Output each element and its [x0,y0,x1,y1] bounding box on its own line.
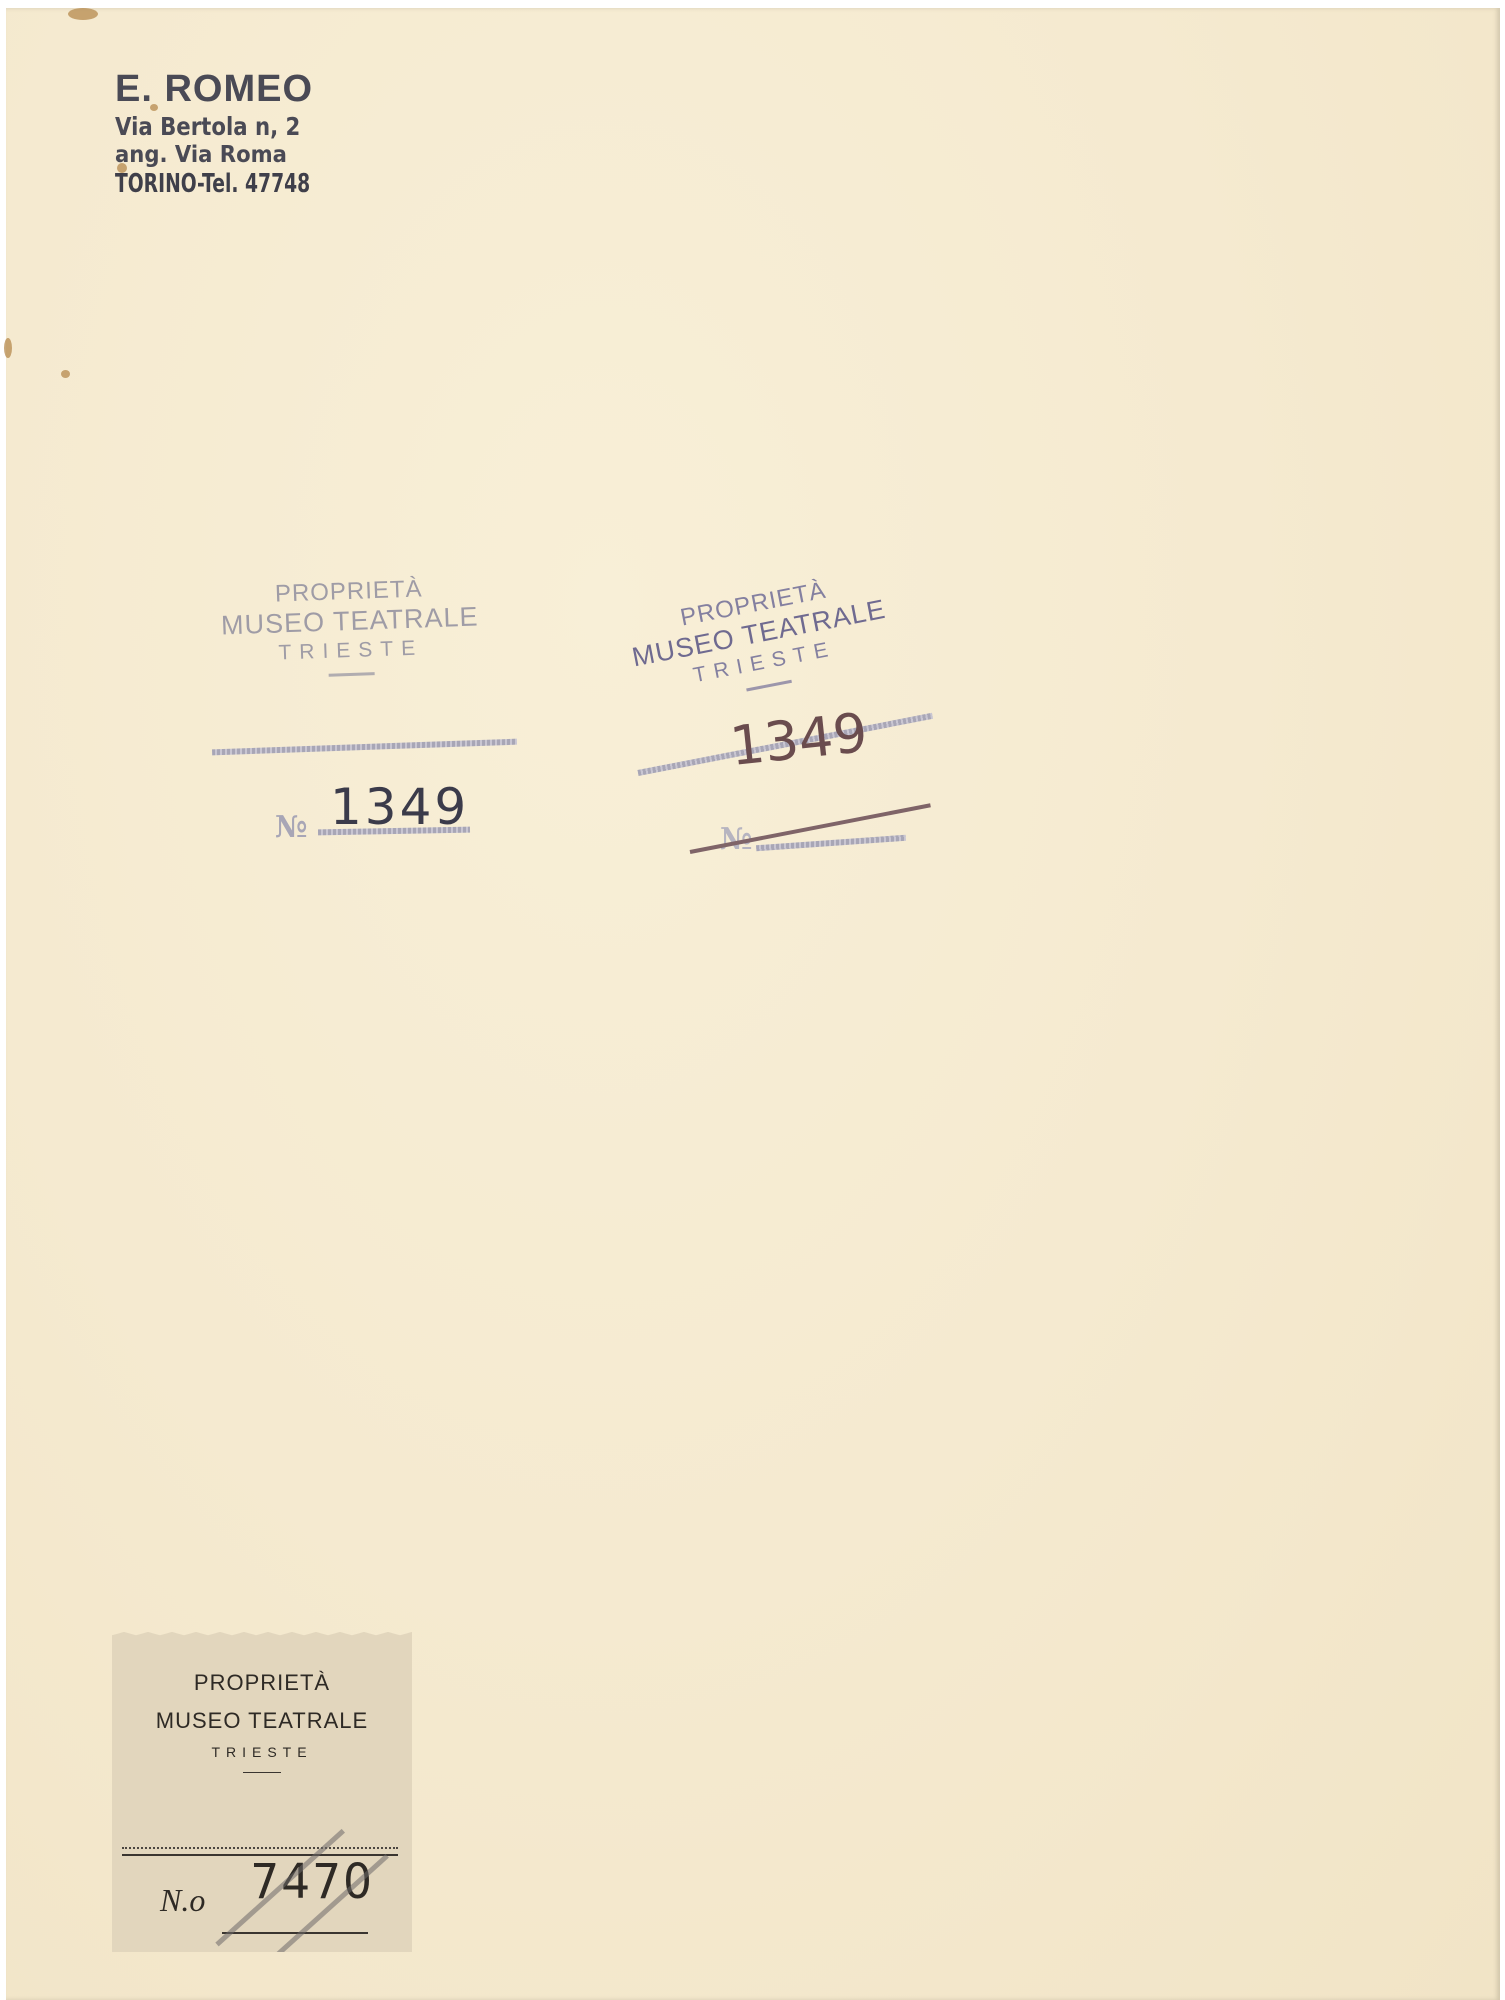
label-line-proprieta: PROPRIETÀ [112,1670,412,1696]
photographer-corner: ang. Via Roma [115,144,364,167]
photographer-city-phone: TORINO-Tel. 47748 [115,171,310,197]
label-divider [243,1772,281,1773]
stain [68,8,98,20]
stain [61,370,70,378]
label-number-prefix: N.o [160,1882,205,1919]
museum-stamp-1: PROPRIETÀ MUSEO TEATRALE TRIESTE [213,573,486,680]
number-sign: № [275,810,308,845]
photographer-address: Via Bertola n, 2 [115,114,345,139]
photographer-name: E. ROMEO [115,70,386,108]
stain [4,338,12,358]
label-line-trieste: TRIESTE [112,1744,412,1760]
label-line-museo: MUSEO TEATRALE [112,1708,412,1734]
museum-label: PROPRIETÀ MUSEO TEATRALE TRIESTE N.o 747… [112,1632,412,1952]
label-dotted-rule [122,1847,398,1849]
photographer-stamp: E. ROMEO Via Bertola n, 2 ang. Via Roma … [115,70,386,197]
